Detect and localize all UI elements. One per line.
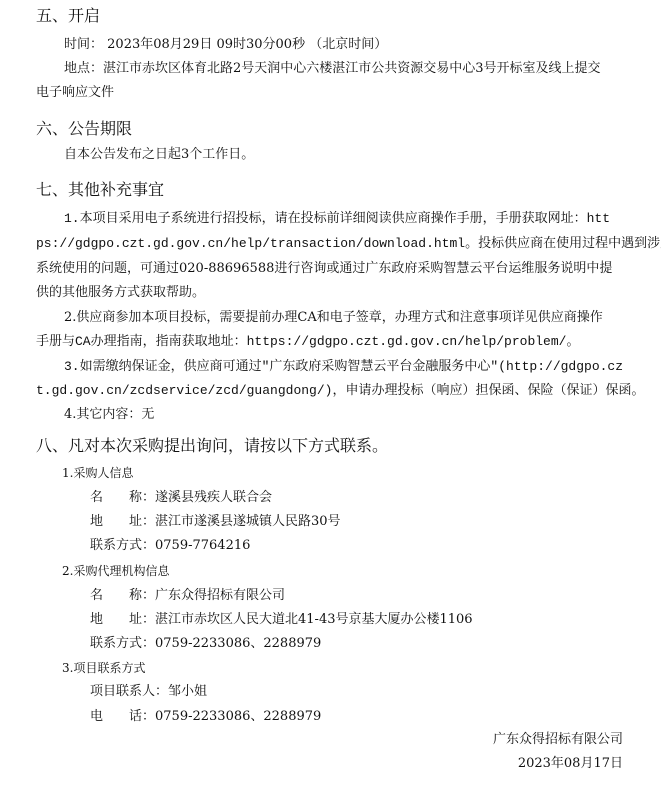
project-person: 项目联系人：邹小姐 [90,684,207,700]
agency-name: 名 称：广东众得招标有限公司 [90,588,285,604]
contact-value: 0759-7764216 [155,538,250,553]
place-value-continued: 电子响应文件 [36,85,114,101]
opening-place: 地点：湛江市赤坎区体育北路2号天润中心六楼湛江市公共资源交易中心3号开标室及线上… [64,61,601,77]
contact-value: 0759-2233086、2288979 [155,636,321,651]
item2-line2: 手册与CA办理指南，指南获取地址：https://gdgpo.czt.gd.go… [36,334,579,350]
purchaser-address: 地 址：湛江市遂溪县遂城镇人民路30号 [90,514,341,530]
section-heading: 五、开启 [36,6,100,26]
place-label: 地点： [64,61,103,76]
purchaser-title: 1.采购人信息 [62,465,133,481]
signature-company: 广东众得招标有限公司 [493,732,623,748]
phone-label: 电 话： [90,709,155,724]
item4: 4.其它内容：无 [64,407,154,423]
place-value: 湛江市赤坎区体育北路2号天润中心六楼湛江市公共资源交易中心3号开标室及线上提交 [103,61,601,76]
address-label: 地 址： [90,514,155,529]
purchaser-name: 名 称：遂溪县残疾人联合会 [90,490,272,506]
name-value: 遂溪县残疾人联合会 [155,490,272,505]
name-label: 名 称： [90,490,155,505]
item3-line1: 3.如需缴纳保证金，供应商可通过"广东政府采购智慧云平台金融服务中心"(http… [64,359,623,375]
contact-label: 联系方式： [90,538,155,553]
section-heading: 八、凡对本次采购提出询问，请按以下方式联系。 [36,436,388,456]
item1-line1: 1.本项目采用电子系统进行招投标，请在投标前详细阅读供应商操作手册，手册获取网址… [64,211,610,227]
section-heading: 七、其他补充事宜 [36,180,164,200]
agency-title: 2.采购代理机构信息 [62,563,169,579]
person-value: 邹小姐 [168,684,207,699]
agency-address: 地 址：湛江市赤坎区人民大道北41-43号京基大厦办公楼1106 [90,612,473,628]
notice-period-text: 自本公告发布之日起3个工作日。 [64,147,254,163]
item1-line2: ps://gdgpo.czt.gd.gov.cn/help/transactio… [36,236,661,252]
time-value: 2023年08月29日 09时30分00秒 （北京时间） [107,37,387,52]
address-value: 湛江市赤坎区人民大道北41-43号京基大厦办公楼1106 [155,612,473,627]
phone-value: 0759-2233086、2288979 [155,709,321,724]
time-label: 时间： [64,37,103,52]
item1-line4: 供的其他服务方式获取帮助。 [36,285,205,301]
person-label: 项目联系人： [90,684,168,699]
name-label: 名 称： [90,588,155,603]
address-value: 湛江市遂溪县遂城镇人民路30号 [155,514,341,529]
contact-label: 联系方式： [90,636,155,651]
opening-time: 时间： 2023年08月29日 09时30分00秒 （北京时间） [64,37,387,53]
agency-contact: 联系方式：0759-2233086、2288979 [90,636,321,652]
item3-line2: t.gd.gov.cn/zcdservice/zcd/guangdong/)，申… [36,383,644,399]
name-value: 广东众得招标有限公司 [155,588,285,603]
item1-line3: 系统使用的问题，可通过020-88696588进行咨询或通过广东政府采购智慧云平… [36,261,612,277]
address-label: 地 址： [90,612,155,627]
project-phone: 电 话：0759-2233086、2288979 [90,709,321,725]
item2-line1: 2.供应商参加本项目投标，需要提前办理CA和电子签章，办理方式和注意事项详见供应… [64,310,603,326]
section-heading: 六、公告期限 [36,119,132,139]
signature-date: 2023年08月17日 [518,756,623,772]
purchaser-contact: 联系方式：0759-7764216 [90,538,250,554]
project-title: 3.项目联系方式 [62,660,145,676]
